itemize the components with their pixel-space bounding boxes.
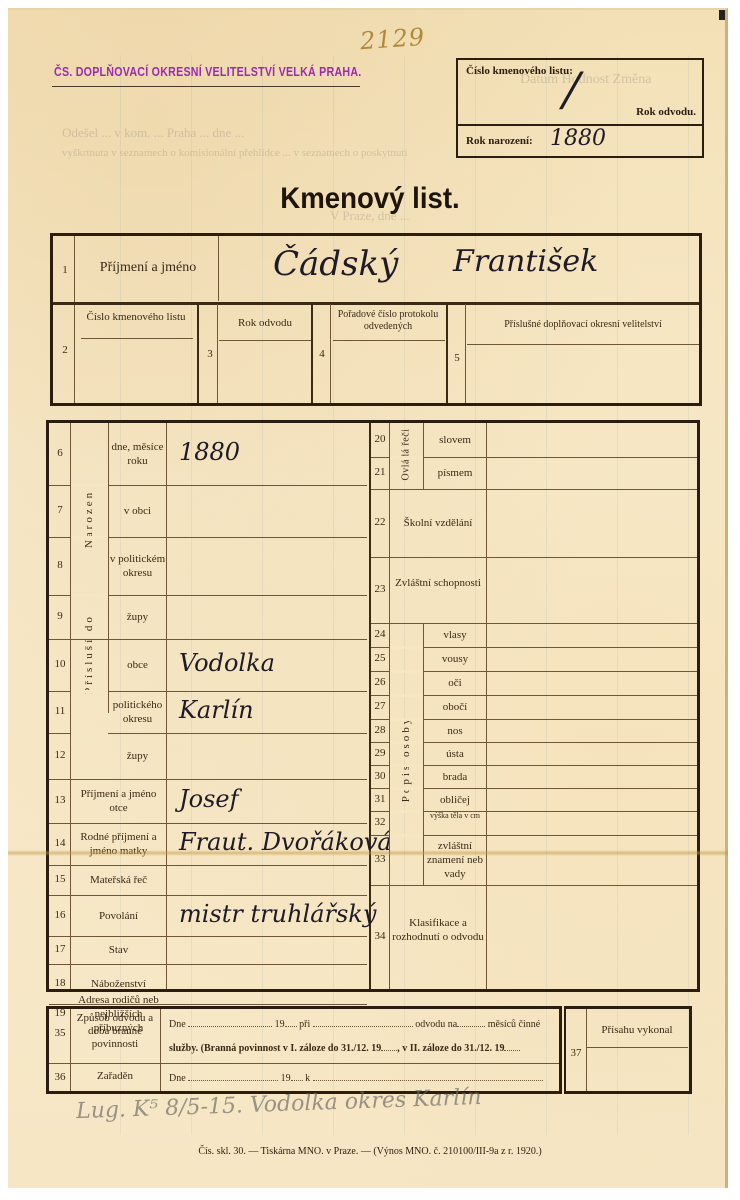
field-value-13[interactable]: Josef bbox=[179, 785, 369, 813]
field-label-20: slovem bbox=[424, 433, 486, 447]
conscription-year-col-label: Rok odvodu bbox=[219, 316, 311, 330]
text: k bbox=[305, 1073, 310, 1084]
field-value-23[interactable] bbox=[489, 559, 694, 621]
divider bbox=[219, 340, 311, 341]
row-number: 16 bbox=[51, 909, 69, 921]
row-number: 15 bbox=[51, 873, 69, 885]
row-number: 29 bbox=[371, 747, 389, 759]
page-title: Kmenový list. bbox=[30, 182, 711, 216]
group-mask bbox=[390, 810, 423, 813]
divider bbox=[49, 895, 367, 896]
name-label: Příjmení a jméno bbox=[83, 261, 213, 275]
divider bbox=[197, 304, 199, 403]
row-number: 22 bbox=[371, 516, 389, 528]
conscription-field[interactable] bbox=[313, 1026, 413, 1027]
field-value-24[interactable] bbox=[489, 625, 694, 645]
divider bbox=[49, 779, 367, 780]
group-mask bbox=[390, 646, 423, 649]
field-value-22[interactable] bbox=[489, 491, 694, 555]
field-label-8: v politickém okresu bbox=[109, 552, 166, 580]
group-mask bbox=[390, 764, 423, 767]
text: při bbox=[299, 1019, 310, 1030]
assigned-year-field[interactable] bbox=[291, 1080, 303, 1081]
printer-footer: Čís. skl. 30. — Tiskárna MNO. v Praze. —… bbox=[0, 1146, 740, 1157]
divider bbox=[465, 304, 466, 403]
service-line-1: Dne 19 při odvodu na měsíců činné bbox=[169, 1019, 540, 1030]
text: odvodu na bbox=[415, 1019, 457, 1030]
record-number-label: Číslo kmenového listu: bbox=[466, 65, 576, 78]
group-label-languages: Ovládá řeči bbox=[401, 415, 412, 495]
field-label-29: ústa bbox=[424, 747, 486, 761]
protocol-number-col-label: Pořadové číslo protokolu odvedených bbox=[331, 309, 445, 333]
birth-year-value: 1880 bbox=[550, 126, 606, 151]
field-value-25[interactable] bbox=[489, 649, 694, 669]
row-number: 32 bbox=[371, 816, 389, 828]
text: Dne bbox=[169, 1073, 186, 1084]
row-number: 35 bbox=[51, 1027, 69, 1039]
field-label-16: Povolání bbox=[71, 909, 166, 923]
divider bbox=[371, 489, 697, 490]
year-field[interactable] bbox=[285, 1026, 297, 1027]
field-label-13: Příjmení a jméno otce bbox=[71, 787, 166, 815]
assigned-date-field[interactable] bbox=[188, 1080, 278, 1081]
field-value-29[interactable] bbox=[489, 744, 694, 763]
group-mask bbox=[390, 787, 423, 790]
divider bbox=[49, 865, 367, 866]
field-label-7: v obci bbox=[109, 504, 166, 518]
text: , v II. záloze do 31./12. 19 bbox=[397, 1043, 504, 1054]
row-number: 7 bbox=[51, 504, 69, 516]
row-number: 23 bbox=[371, 583, 389, 595]
assigned-unit-field[interactable] bbox=[313, 1080, 543, 1081]
row-number: 11 bbox=[51, 705, 69, 717]
field-value-10[interactable]: Vodolka bbox=[179, 649, 369, 677]
row-number: 6 bbox=[51, 447, 69, 459]
divider bbox=[53, 302, 699, 305]
field-label-25: vousy bbox=[424, 652, 486, 666]
personal-details-table: Narozen Přísluší do 6dne, měsíce roku188… bbox=[46, 420, 700, 992]
row-number: 8 bbox=[51, 559, 69, 571]
field-label-31: obličej bbox=[424, 793, 486, 807]
field-label-6: dne, měsíce roku bbox=[109, 440, 166, 468]
field-label-27: obočí bbox=[424, 700, 486, 714]
field-label-17: Stav bbox=[71, 943, 166, 957]
field-value-20[interactable] bbox=[489, 425, 694, 455]
divider bbox=[218, 236, 219, 301]
divider bbox=[217, 304, 218, 403]
divider bbox=[371, 557, 697, 558]
row-number: 27 bbox=[371, 700, 389, 712]
divider bbox=[467, 344, 699, 345]
field-value-27[interactable] bbox=[489, 697, 694, 717]
group-label-born: Narozen bbox=[83, 479, 95, 559]
divider bbox=[389, 423, 390, 989]
field-value-11[interactable]: Karlín bbox=[179, 696, 369, 724]
group-mask bbox=[71, 594, 108, 597]
field-value-26[interactable] bbox=[489, 673, 694, 693]
row-number: 21 bbox=[371, 466, 389, 478]
field-label-34: Klasifikace a rozhodnutí o odvodu bbox=[390, 916, 486, 944]
divider bbox=[160, 1009, 161, 1091]
text: měsíců činné bbox=[488, 1019, 540, 1030]
group-mask bbox=[390, 834, 423, 837]
field-value-32[interactable] bbox=[489, 813, 694, 833]
row-number: 37 bbox=[566, 1047, 586, 1059]
row-number: 12 bbox=[51, 749, 69, 761]
divider bbox=[587, 1047, 688, 1048]
divider bbox=[70, 423, 71, 989]
group-mask bbox=[390, 718, 423, 721]
birth-year-label: Rok narození: bbox=[466, 135, 533, 148]
page-number: 2129 bbox=[359, 23, 426, 55]
field-label-21: písmem bbox=[424, 466, 486, 480]
group-label-domicile: Přísluší do bbox=[83, 604, 95, 704]
months-field[interactable] bbox=[457, 1026, 485, 1027]
group-mask bbox=[71, 732, 108, 735]
divider bbox=[81, 338, 193, 339]
divider bbox=[371, 623, 697, 624]
oath-label: Přísahu vykonal bbox=[586, 1023, 688, 1037]
row-number: 9 bbox=[51, 610, 69, 622]
row-number: 26 bbox=[371, 676, 389, 688]
assigned-line: Dne 19 k bbox=[169, 1073, 543, 1084]
district-office-col-label: Příslušné doplňovací okresní velitelství bbox=[467, 318, 699, 332]
section-name-table: 1 Příjmení a jméno Čádský František 2 Čí… bbox=[50, 233, 702, 406]
divider bbox=[586, 1009, 587, 1091]
record-id-box: Číslo kmenového listu: / Rok odvodu. Rok… bbox=[456, 58, 704, 158]
row-number: 30 bbox=[371, 770, 389, 782]
field-label-18: Náboženství bbox=[71, 977, 166, 991]
divider bbox=[49, 639, 367, 640]
field-label-28: nos bbox=[424, 724, 486, 738]
divider bbox=[49, 936, 367, 937]
group-mask bbox=[390, 456, 423, 459]
service-type-label: Způsob odvodu a doba branné povinnosti bbox=[71, 1012, 159, 1051]
field-label-33: zvláštní znamení neb vady bbox=[424, 839, 486, 881]
assigned-label: Zařaděn bbox=[71, 1069, 159, 1083]
row-number: 18 bbox=[51, 977, 69, 989]
group-mask bbox=[71, 690, 108, 693]
divider bbox=[371, 885, 697, 886]
row-number: 36 bbox=[51, 1071, 69, 1083]
row-number: 17 bbox=[51, 943, 69, 955]
paper-fold-crease bbox=[8, 850, 728, 856]
service-table: 35 Způsob odvodu a doba branné povinnost… bbox=[46, 1006, 562, 1094]
field-label-15: Mateřská řeč bbox=[71, 873, 166, 887]
field-label-22: Školní vzdělání bbox=[390, 516, 486, 530]
given-name-value: František bbox=[453, 244, 598, 279]
reserve1-year-field[interactable] bbox=[381, 1050, 397, 1051]
field-value-21[interactable] bbox=[489, 459, 694, 487]
group-mask bbox=[390, 694, 423, 697]
row-number: 24 bbox=[371, 628, 389, 640]
divider bbox=[311, 304, 313, 403]
reserve2-year-field[interactable] bbox=[504, 1050, 520, 1051]
field-value-6[interactable]: 1880 bbox=[179, 438, 369, 466]
row-number: 25 bbox=[371, 652, 389, 664]
field-value-34[interactable] bbox=[489, 887, 694, 987]
record-number-cell: Číslo kmenového listu: / Rok odvodu. bbox=[458, 60, 702, 126]
field-label-30: brada bbox=[424, 770, 486, 784]
service-line-2: služby. (Branná povinnost v I. záloze do… bbox=[169, 1043, 520, 1054]
row-number: 28 bbox=[371, 724, 389, 736]
office-stamp: ČS. DOPLŇOVACÍ OKRESNÍ VELITELSTVÍ VELKÁ… bbox=[54, 64, 362, 79]
row-number: 5 bbox=[450, 352, 464, 364]
group-mask bbox=[71, 484, 108, 487]
field-label-32: výška těla v cm bbox=[424, 809, 486, 823]
row-number: 34 bbox=[371, 930, 389, 942]
group-mask bbox=[71, 536, 108, 539]
row-number: 13 bbox=[51, 794, 69, 806]
divider bbox=[166, 423, 167, 989]
text: 19 bbox=[275, 1019, 285, 1030]
divider bbox=[49, 964, 367, 965]
field-value-28[interactable] bbox=[489, 721, 694, 740]
row-number: 2 bbox=[57, 344, 73, 356]
field-value-16[interactable]: mistr truhlářský bbox=[179, 900, 369, 928]
field-label-9: župy bbox=[109, 610, 166, 624]
surname-value: Čádský bbox=[273, 244, 398, 284]
divider bbox=[446, 304, 448, 403]
divider bbox=[333, 340, 445, 341]
conscription-year-label: Rok odvodu. bbox=[636, 106, 696, 119]
field-label-11: politického okresu bbox=[109, 698, 166, 726]
field-label-12: župy bbox=[109, 749, 166, 763]
row-number: 3 bbox=[203, 348, 217, 360]
field-label-10: obce bbox=[109, 658, 166, 672]
row-number: 1 bbox=[57, 264, 73, 276]
group-label-description: Popis osoby bbox=[400, 709, 412, 809]
text: 19 bbox=[281, 1073, 291, 1084]
divider bbox=[486, 423, 487, 989]
text: Dne bbox=[169, 1019, 186, 1030]
row-number: 4 bbox=[315, 348, 329, 360]
row-number: 14 bbox=[51, 837, 69, 849]
field-label-26: oči bbox=[424, 676, 486, 690]
field-label-24: vlasy bbox=[424, 628, 486, 642]
row-number: 10 bbox=[51, 658, 69, 670]
field-value-30[interactable] bbox=[489, 767, 694, 786]
group-mask bbox=[390, 670, 423, 673]
group-mask bbox=[390, 741, 423, 744]
oath-table: 37 Přísahu vykonal bbox=[564, 1006, 692, 1094]
record-number-col-label: Číslo kmenového listu bbox=[75, 310, 197, 324]
row-number: 31 bbox=[371, 793, 389, 805]
divider bbox=[49, 823, 367, 824]
field-value-31[interactable] bbox=[489, 790, 694, 809]
scan-edge bbox=[719, 10, 725, 20]
divider bbox=[49, 1063, 559, 1064]
date-field[interactable] bbox=[188, 1026, 272, 1027]
stamp-underline bbox=[52, 86, 360, 87]
field-label-23: Zvláštní schopnosti bbox=[390, 576, 486, 590]
row-number: 20 bbox=[371, 433, 389, 445]
text: služby. (Branná povinnost v I. záloze do… bbox=[169, 1043, 381, 1054]
field-value-33[interactable] bbox=[489, 837, 694, 883]
